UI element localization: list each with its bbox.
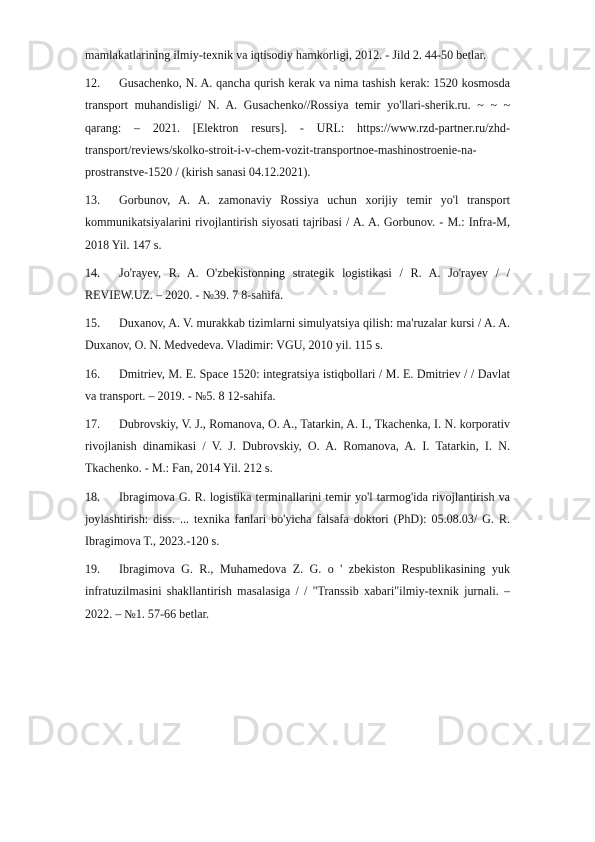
reference-number: 12. xyxy=(85,72,119,94)
reference-number: 15. xyxy=(85,312,119,334)
document-page: mamlakatlarining ilmiy-texnik va iqtisod… xyxy=(85,44,510,631)
reference-number: 14. xyxy=(85,262,119,284)
reference-text: Gusachenko, N. A. qancha qurish kerak va… xyxy=(85,76,510,179)
reference-number: 19. xyxy=(85,558,119,580)
reference-item: 16.Dmitriev, M. E. Space 1520: integrats… xyxy=(85,363,510,407)
reference-continuation: mamlakatlarining ilmiy-texnik va iqtisod… xyxy=(85,44,510,66)
reference-item: 12.Gusachenko, N. A. qancha qurish kerak… xyxy=(85,72,510,183)
watermark: Docx.uz xyxy=(435,712,592,752)
reference-number: 16. xyxy=(85,363,119,385)
reference-number: 17. xyxy=(85,413,119,435)
reference-text: Dmitriev, M. E. Space 1520: integratsiya… xyxy=(85,367,510,403)
watermark: Docx.uz xyxy=(230,712,387,752)
reference-text: Jo'rayev, R. A. O'zbekistonning strategi… xyxy=(85,266,510,302)
reference-text: Duxanov, A. V. murakkab tizimlarni simul… xyxy=(85,316,510,352)
reference-item: 13.Gorbunov, A. A. zamonaviy Rossiya uch… xyxy=(85,189,510,256)
reference-text: Ibragimova G. R., Muhamedova Z. G. o ' z… xyxy=(85,562,510,620)
reference-item: 15.Duxanov, A. V. murakkab tizimlarni si… xyxy=(85,312,510,356)
reference-number: 13. xyxy=(85,189,119,211)
reference-text: Dubrovskiy, V. J., Romanova, O. A., Tata… xyxy=(85,417,510,475)
reference-number: 18. xyxy=(85,486,119,508)
reference-item: 17.Dubrovskiy, V. J., Romanova, O. A., T… xyxy=(85,413,510,480)
reference-text: Gorbunov, A. A. zamonaviy Rossiya uchun … xyxy=(85,193,510,251)
reference-item: 14.Jo'rayev, R. A. O'zbekistonning strat… xyxy=(85,262,510,306)
reference-text: Ibragimova G. R. logistika terminallarin… xyxy=(85,490,510,548)
reference-item: 18.Ibragimova G. R. logistika terminalla… xyxy=(85,486,510,553)
reference-item: 19.Ibragimova G. R., Muhamedova Z. G. o … xyxy=(85,558,510,625)
watermark: Docx.uz xyxy=(25,712,182,752)
